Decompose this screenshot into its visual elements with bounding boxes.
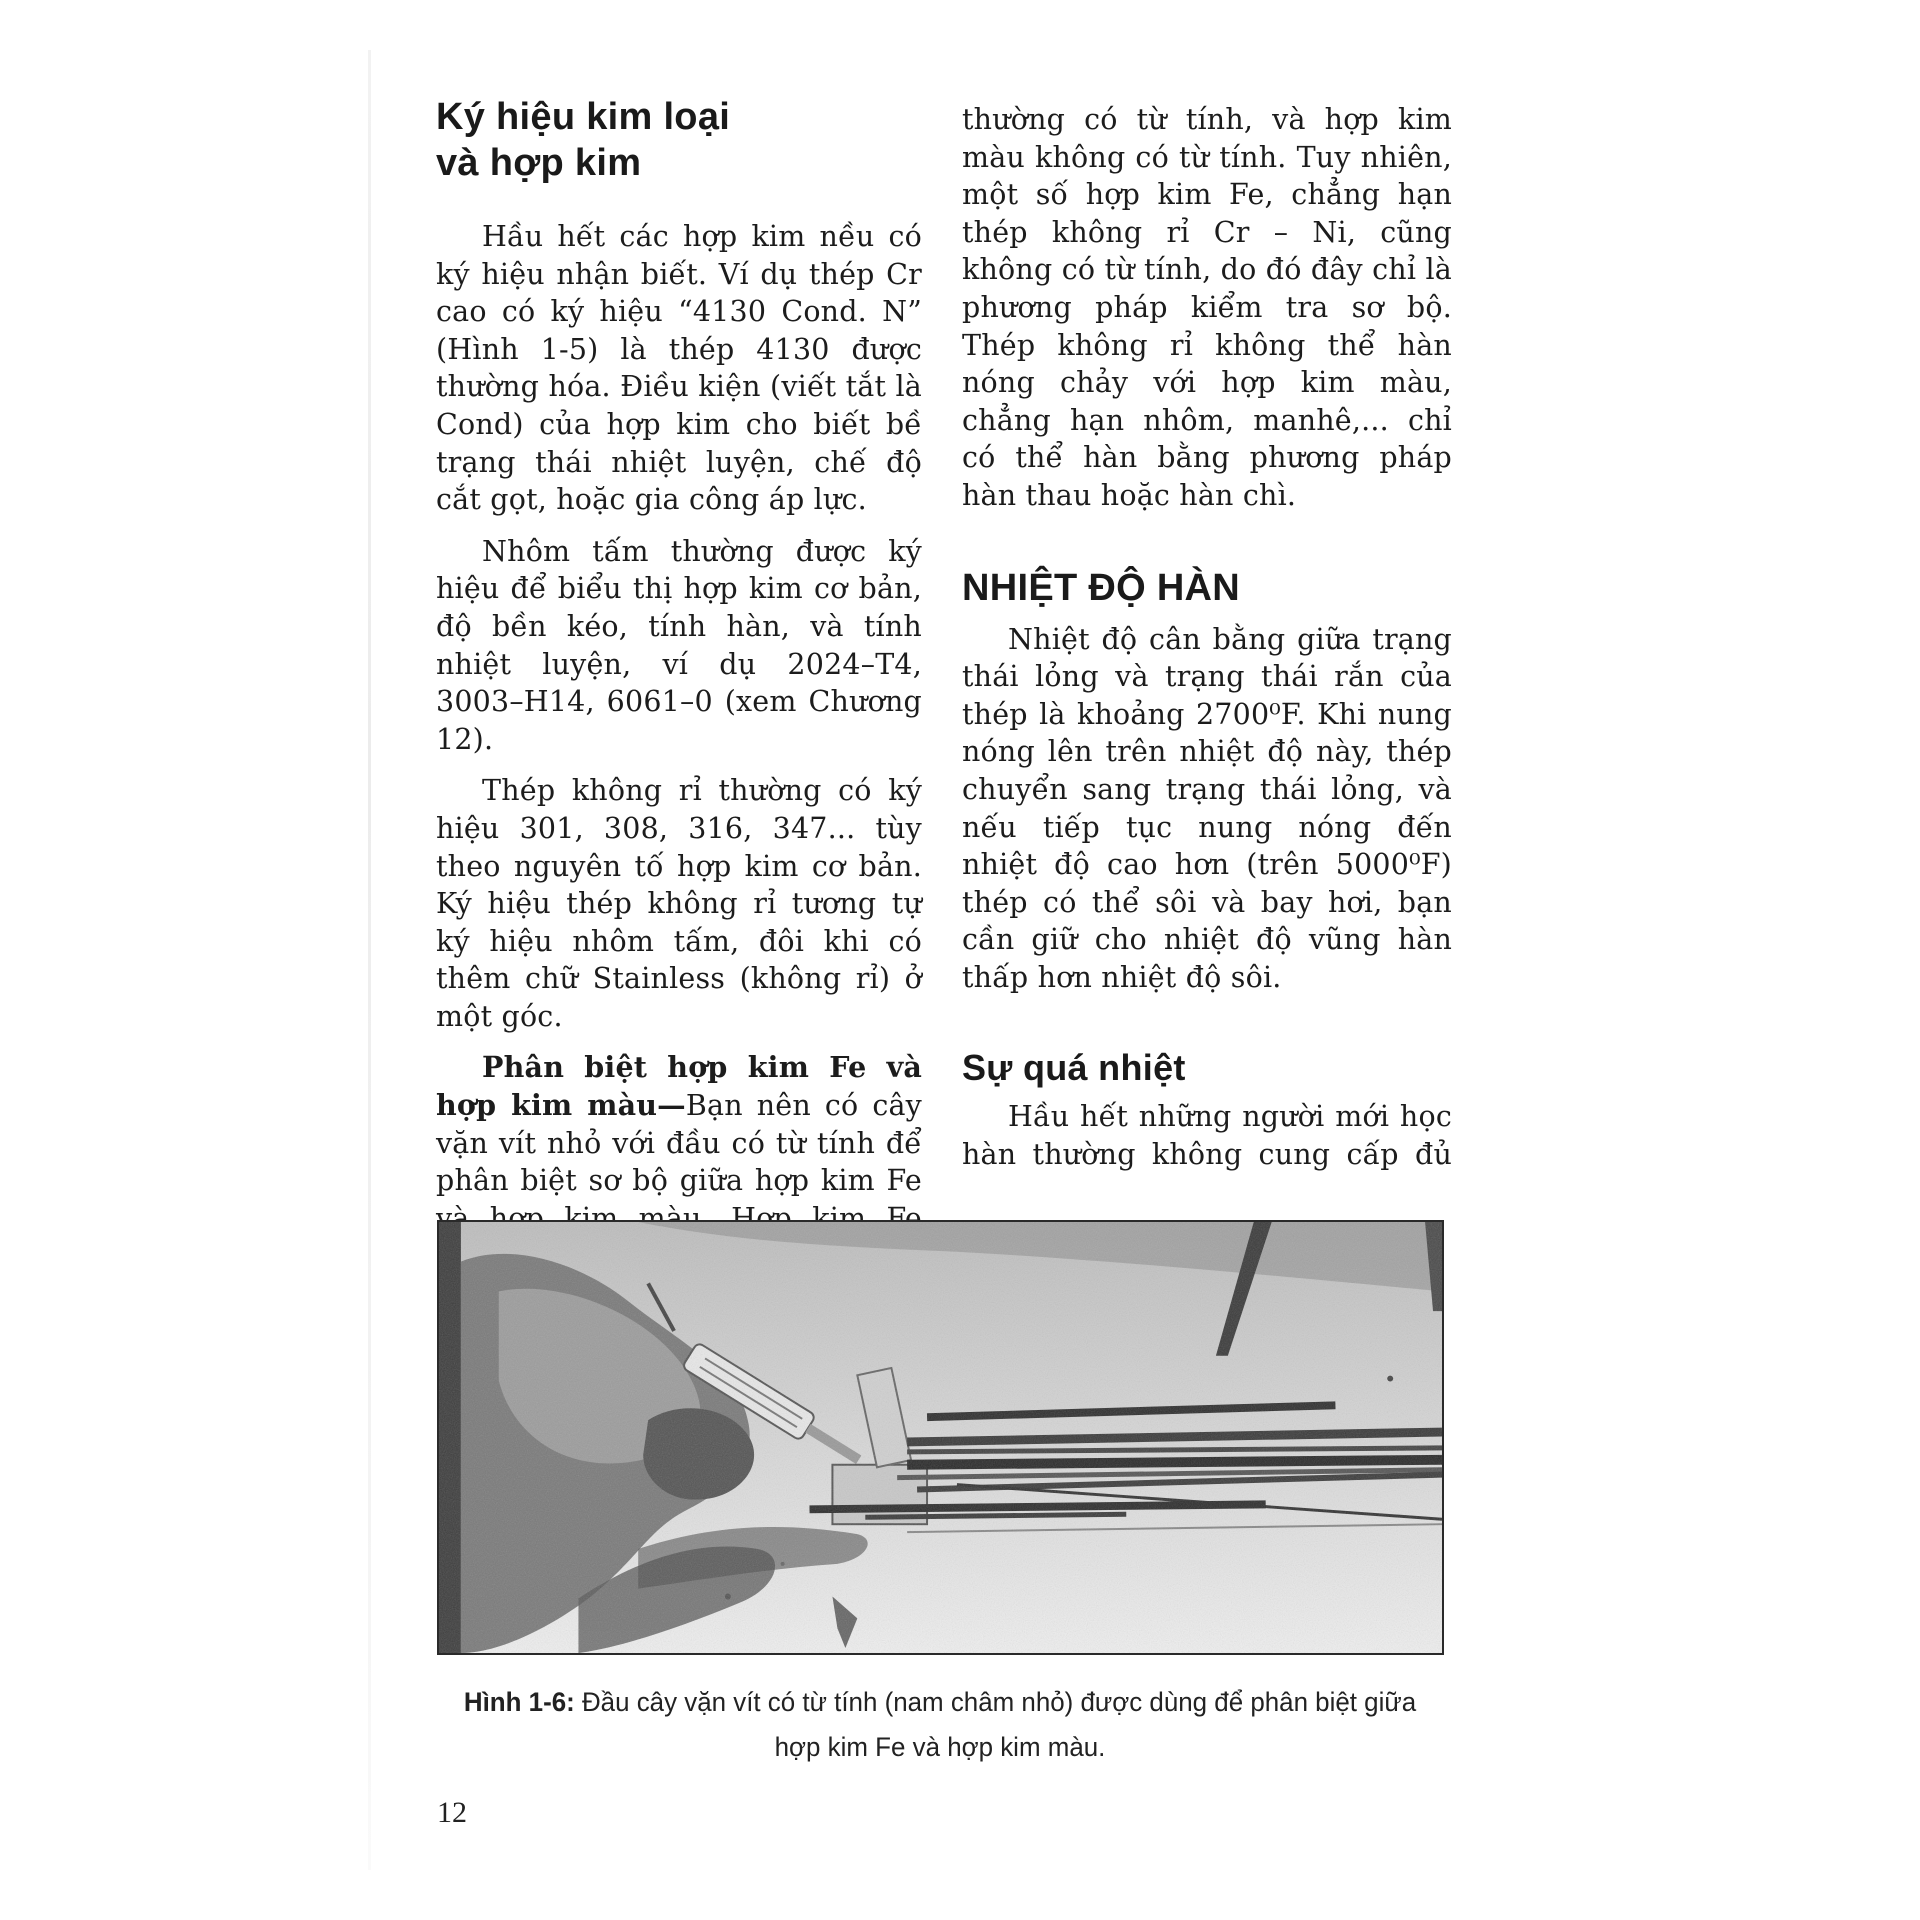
caption-label: Hình 1-6: [464, 1687, 575, 1717]
photo-illustration [439, 1222, 1442, 1653]
figure-photo-screwdriver-rods [437, 1220, 1444, 1655]
right-column: thường có từ tính, và hợp kim màu không … [962, 101, 1452, 1188]
paragraph-distinguish-alloys: Phân biệt hợp kim Fe và hợp kim màu—Bạn … [436, 1049, 922, 1237]
subsection-heading-overheating: Sự quá nhiệt [962, 1046, 1452, 1090]
paragraph-overheating: Hầu hết những người mới học hàn thường k… [962, 1098, 1452, 1173]
page-number: 12 [437, 1796, 467, 1830]
heading-line-2: và hợp kim [436, 140, 922, 186]
section-heading-metal-symbols: Ký hiệu kim loại và hợp kim [436, 94, 922, 186]
left-column: Ký hiệu kim loại và hợp kim Hầu hết các … [436, 94, 922, 1251]
heading-line-1: Ký hiệu kim loại [436, 94, 922, 140]
caption-text: Đầu cây vặn vít có từ tính (nam châm nhỏ… [575, 1687, 1416, 1762]
paragraph-welding-temperature: Nhiệt độ cân bằng giữa trạng thái lỏng v… [962, 621, 1452, 997]
figure-caption: Hình 1-6: Đầu cây vặn vít có từ tính (na… [441, 1680, 1439, 1770]
scan-page-edge [368, 50, 371, 1870]
paragraph-aluminum-sheet: Nhôm tấm thường được ký hiệu để biểu thị… [436, 533, 922, 759]
section-heading-welding-temperature: NHIỆT ĐỘ HÀN [962, 565, 1452, 611]
paragraph-alloy-symbols: Hầu hết các hợp kim nều có ký hiệu nhận … [436, 218, 922, 519]
paragraph-continuation: thường có từ tính, và hợp kim màu không … [962, 101, 1452, 515]
paragraph-stainless-steel: Thép không rỉ thường có ký hiệu 301, 308… [436, 772, 922, 1035]
